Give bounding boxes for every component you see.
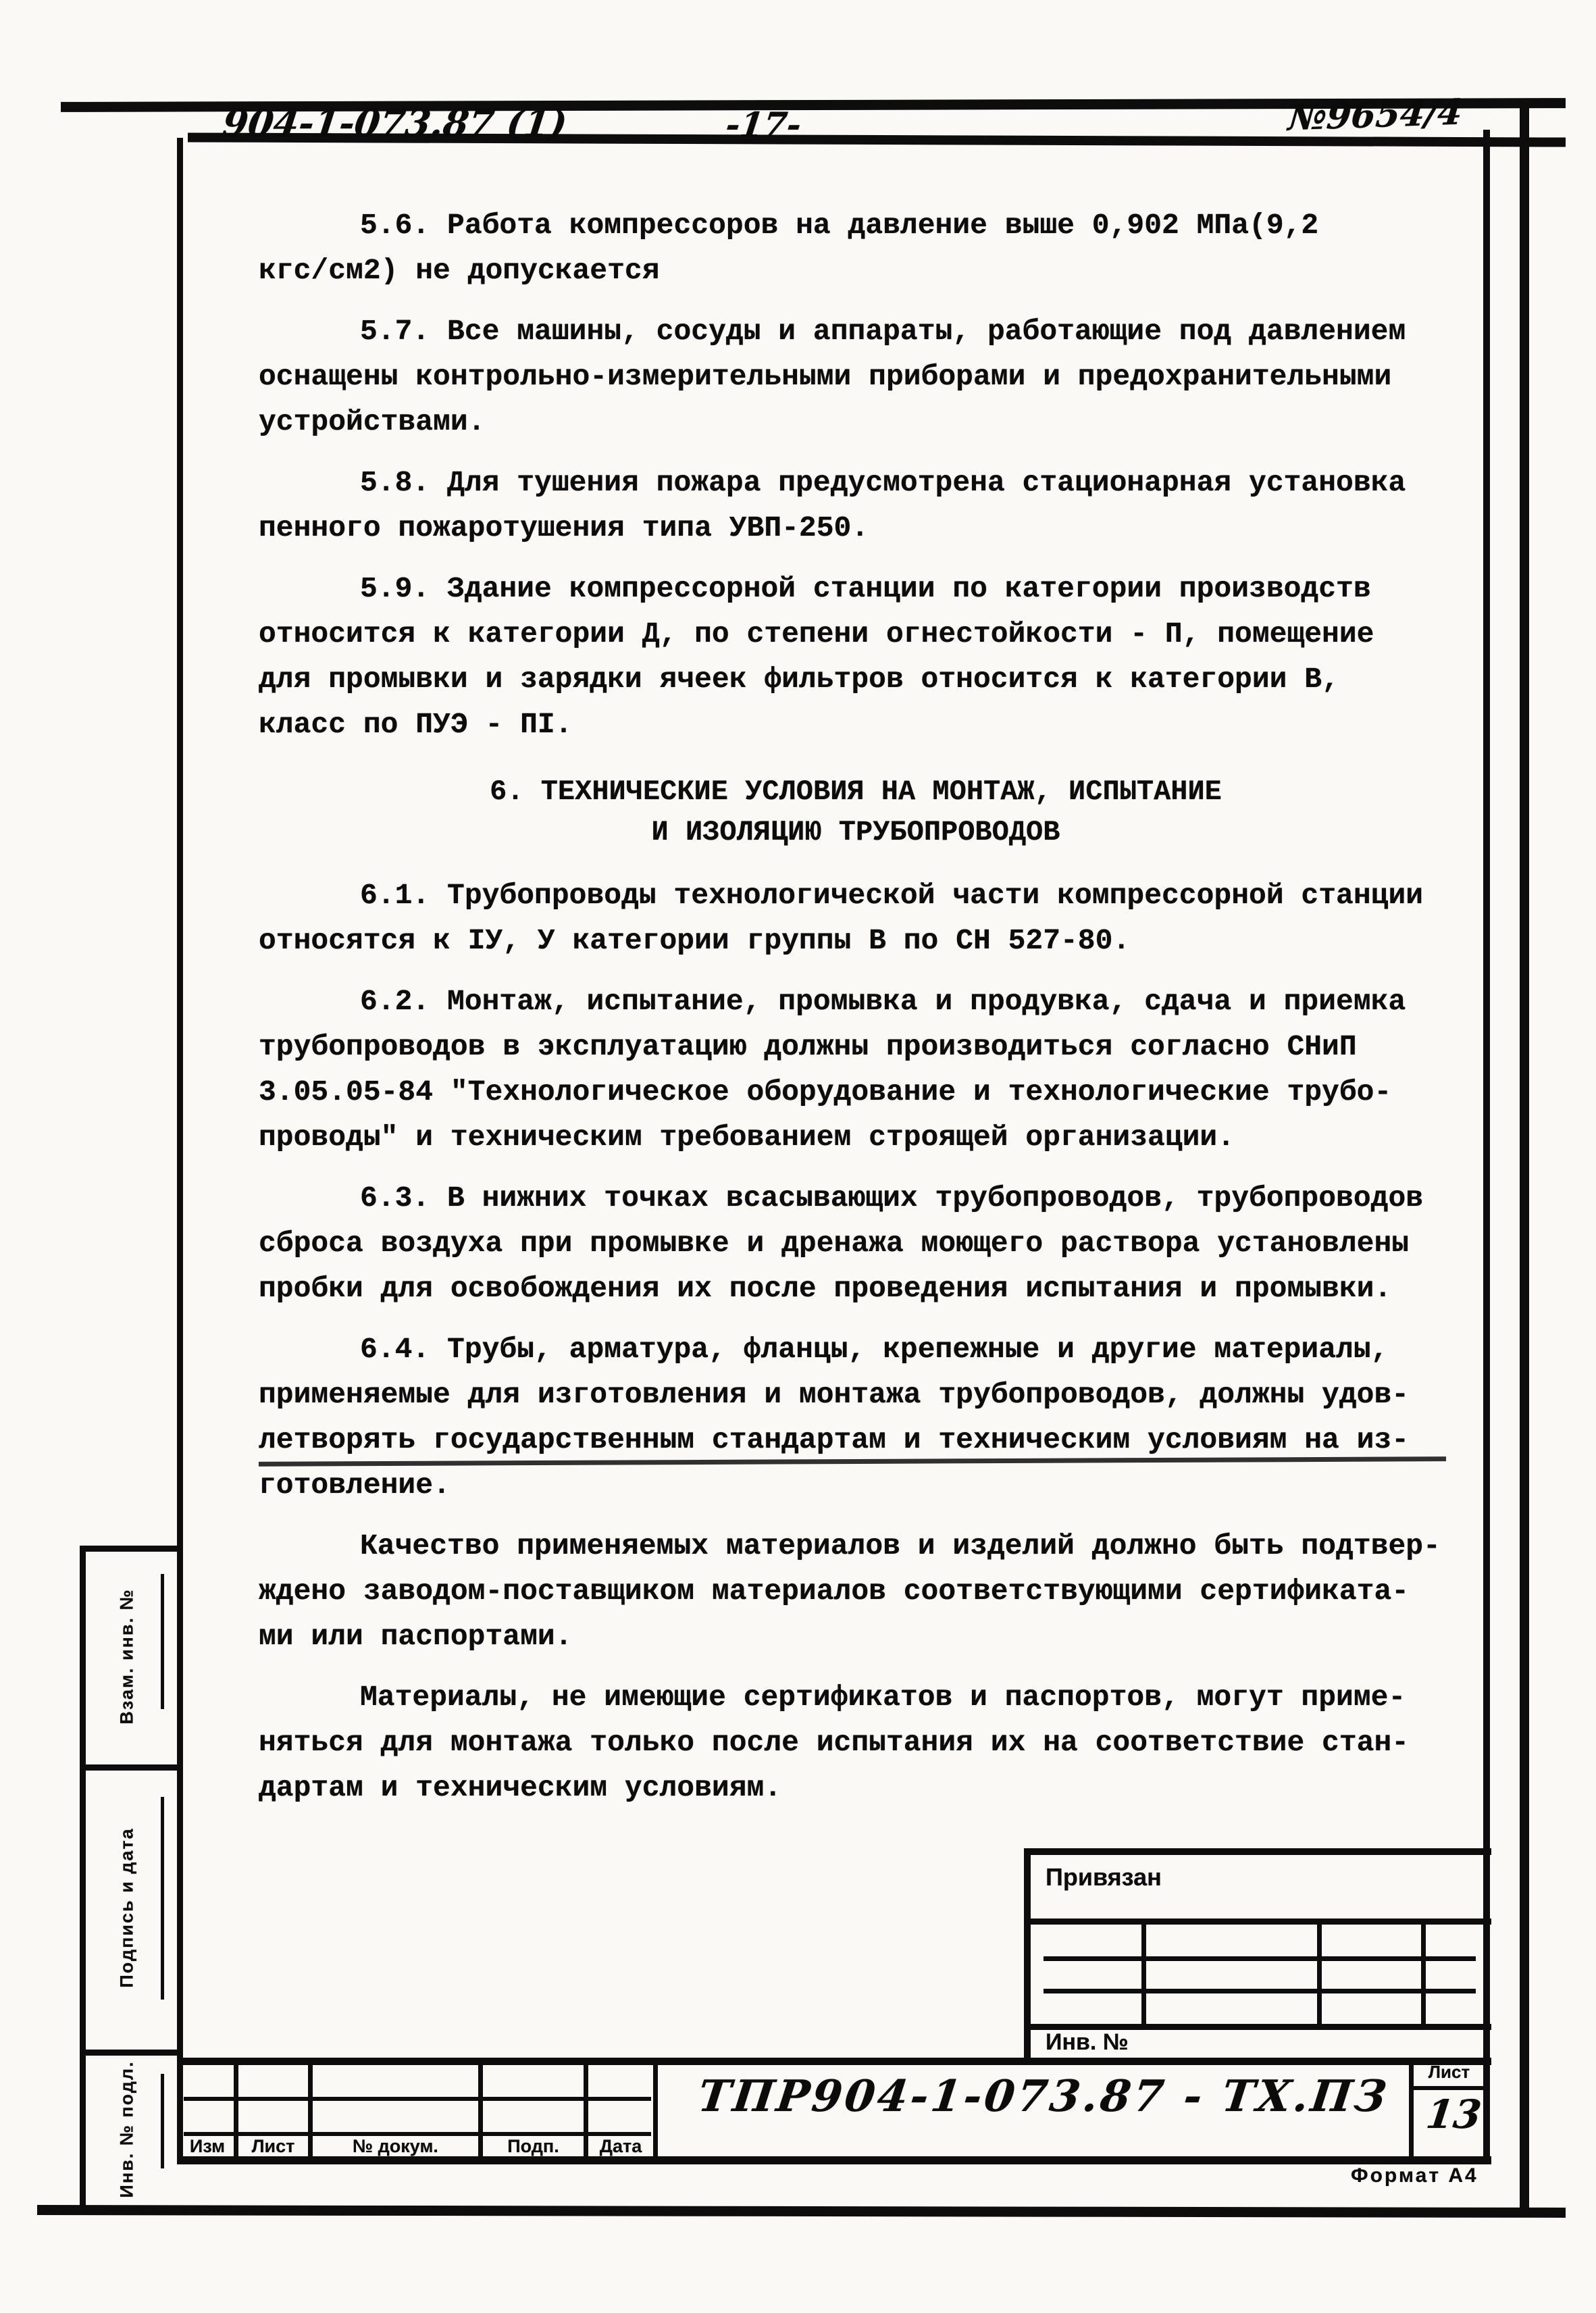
- paragraph-5-9: 5.9. Здание компрессорной станции по кат…: [259, 566, 1453, 747]
- header-doc-number: 904-1-073.87 (1): [220, 101, 569, 145]
- sidebar-writing-line-1: [161, 1574, 164, 1709]
- paragraph-5-7: 5.7. Все машины, сосуды и аппараты, рабо…: [259, 309, 1453, 444]
- page-border-bottom: [37, 2205, 1566, 2218]
- titleblock-col-line-3: [478, 2060, 483, 2156]
- header-inventory-note: №9654/4: [1287, 92, 1464, 139]
- sidebar-cell-inv-podl: Инв. № подл.: [117, 2060, 138, 2197]
- sidebar-writing-line-3: [161, 2074, 164, 2168]
- sidebar-divider-2: [80, 2050, 182, 2056]
- stamp-row-line-2: [1044, 1956, 1476, 1961]
- titleblock-label-izm: Изм: [181, 2136, 234, 2157]
- paragraph-5-8: 5.8. Для тушения пожара предусмотрена ст…: [259, 460, 1453, 551]
- sheet-number: 13: [1424, 2091, 1484, 2137]
- paragraph-6-3: 6.3. В нижних точках всасывающих трубопр…: [259, 1175, 1453, 1311]
- sidebar-divider-1: [80, 1764, 182, 1771]
- paragraph-6-4: 6.4. Трубы, арматура, фланцы, крепежные …: [259, 1327, 1453, 1508]
- format-note: Формат А4: [1351, 2164, 1478, 2187]
- sidebar-cell-vzam-inv: Взам. инв. №: [117, 1588, 138, 1724]
- titleblock-bottom-line: [177, 2156, 1491, 2164]
- titleblock-label-dokum: № докум.: [313, 2136, 478, 2157]
- paragraph-5-6: 5.6. Работа компрессоров на давление выш…: [259, 203, 1453, 293]
- sheet-cell-divider: [1409, 2086, 1490, 2090]
- sheet-cell-line: [1409, 2060, 1414, 2156]
- stamp-col-line-2: [1317, 1921, 1322, 2028]
- header-page-number: -17-: [723, 105, 803, 145]
- titleblock-col-line-5: [653, 2060, 658, 2156]
- sidebar-top-line: [80, 1546, 182, 1552]
- document-text: 5.6. Работа компрессоров на давление выш…: [259, 203, 1453, 1826]
- stamp-col-line-3: [1421, 1921, 1426, 2028]
- paragraph-6-2: 6.2. Монтаж, испытание, промывка и проду…: [259, 979, 1453, 1160]
- titleblock-col-line-4: [584, 2060, 588, 2156]
- titleblock-label-podp: Подп.: [483, 2136, 584, 2157]
- titleblock-top-line: [177, 2058, 1491, 2065]
- frame-left-line: [177, 138, 183, 2162]
- sidebar-writing-line-2: [161, 1797, 164, 2000]
- sidebar-cell-podpis-data: Подпись и дата: [117, 1827, 138, 1987]
- paragraph-materials: Материалы, не имеющие сертификатов и пас…: [259, 1675, 1453, 1810]
- titleblock-label-list: Лист: [238, 2136, 308, 2157]
- paragraph-quality: Качество применяемых материалов и издели…: [259, 1523, 1453, 1659]
- sheet-label: Лист: [1414, 2062, 1485, 2083]
- paragraph-6-1: 6.1. Трубопроводы технологической части …: [259, 873, 1453, 963]
- frame-right-inner-line: [1483, 130, 1490, 2163]
- titleblock-col-line-2: [308, 2060, 313, 2156]
- stamp-table-inv-label: Инв. №: [1046, 2029, 1129, 2056]
- titleblock-label-data: Дата: [588, 2136, 653, 2157]
- titleblock-designation: ТПР904-1-073.87 - ТХ.ПЗ: [679, 2071, 1408, 2122]
- stamp-table-title: Привязан: [1046, 1863, 1162, 1891]
- scanned-document-page: 904-1-073.87 (1) -17- №9654/4 5.6. Работ…: [0, 0, 1596, 2313]
- stamp-table-top: [1024, 1848, 1491, 1855]
- sidebar-left-line: [80, 1546, 86, 2208]
- titleblock-col-line-1: [234, 2060, 238, 2156]
- stamp-row-line-3: [1044, 1989, 1476, 1993]
- section-6-heading: 6. ТЕХНИЧЕСКИЕ УСЛОВИЯ НА МОНТАЖ, ИСПЫТА…: [259, 771, 1453, 853]
- frame-right-outer-line: [1520, 100, 1529, 2217]
- titleblock-row-dash-1: [184, 2097, 651, 2101]
- stamp-col-line-1: [1141, 1921, 1146, 2028]
